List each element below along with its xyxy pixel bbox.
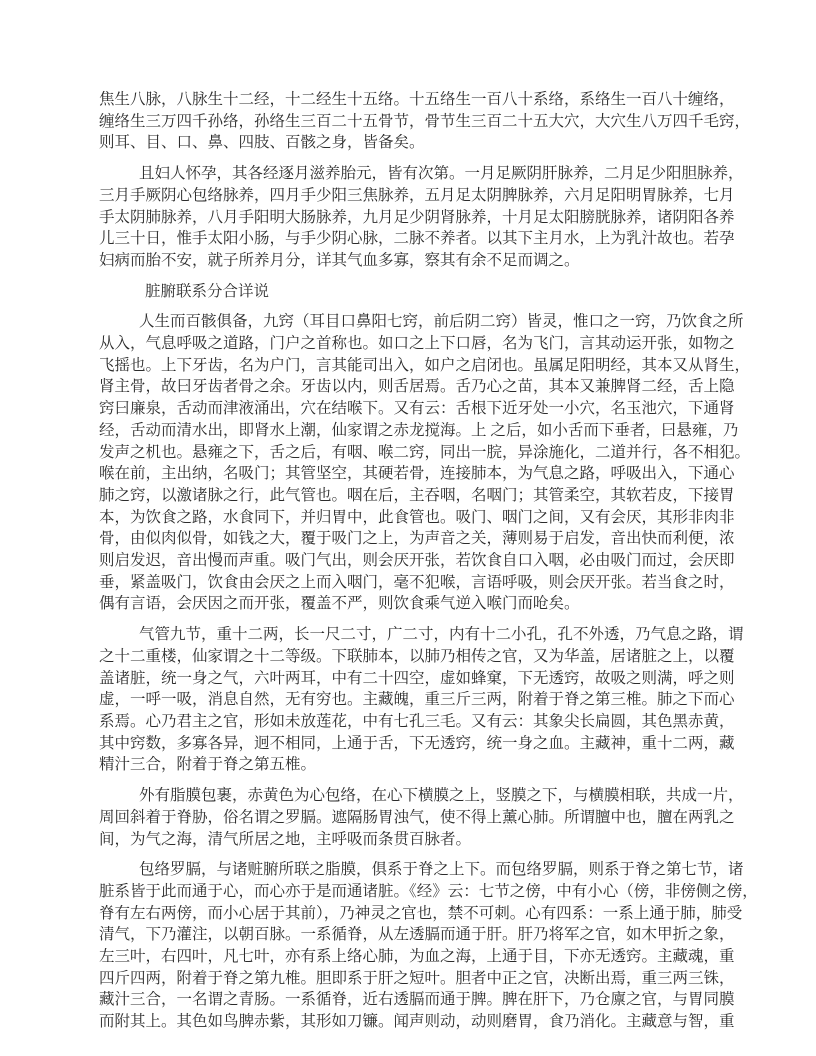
paragraph-trachea-lung-heart: 气管九节，重十二两，长一尺二寸，广二寸，内有十二小孔，孔不外透，乃气息之路，谓 …: [99, 624, 720, 776]
text-line: 喉在前，主出纳，名吸门；其管坚空，其硬若骨，连接肺本，为气息之路，呼吸出入，下通…: [99, 463, 720, 485]
text-line: 清气，下乃灌注，以朝百脉。一系循脊，从左透膈而通于肝。肝乃将军之官，如木甲折之象…: [99, 924, 720, 946]
text-line: 气管九节，重十二两，长一尺二寸，广二寸，内有十二小孔，孔不外透，乃气息之路，谓: [99, 624, 720, 646]
text-line: 肾主骨，故曰牙齿者骨之余。牙齿以内，则舌居焉。舌乃心之苗，其本又兼脾肾二经，舌上…: [99, 376, 720, 398]
text-line: 系焉。心乃君主之官，形如未放莲花，中有七孔三毛。又有云：其象尖长扁圆，其色黑赤黄…: [99, 711, 720, 733]
text-line: 外有脂膜包裹，赤黄色为心包络，在心下横膜之上，竖膜之下，与横膜相联，共成一片，: [99, 785, 720, 807]
text-line: 手太阴肺脉养，八月手阳明大肠脉养，九月足少阴肾脉养，十月足太阳膀胱脉养，诸阴阳各…: [99, 207, 720, 229]
text-line: 肺之窍，以激诸脉之行，此气管也。咽在后，主吞咽，名咽门；其管柔空，其软若皮，下接…: [99, 485, 720, 507]
text-line: 脏系皆于此而通于心，而心亦于是而通诸脏。《经》云：七节之傍，中有小心（傍，非傍侧…: [99, 881, 720, 903]
text-line: 缠络生三万四千孙络，孙络生三百二十五骨节，骨节生三百二十五大穴，大穴生八万四千毛…: [99, 111, 720, 133]
text-line: 窍曰廉泉，舌动而津液涌出，穴在结喉下。又有云：舌根下近牙处一小穴，名玉池穴，下通…: [99, 398, 720, 420]
text-line: 其中窍数，多寡各异，迥不相同，上通于舌，下无透窍，统一身之血。主藏神，重十二两，…: [99, 733, 720, 755]
text-line: 左三叶，右四叶，凡七叶，亦有系上络心肺，为血之海，上通于目，下亦无透窍。主藏魂，…: [99, 946, 720, 968]
text-line: 人生而百骸俱备，九窍（耳目口鼻阳七窍，前后阴二窍）皆灵，惟口之一窍，乃饮食之所: [99, 311, 720, 333]
text-line: 包络罗膈，与诸赃腑所联之脂膜，俱系于脊之上下。而包络罗膈，则系于脊之第七节，诸: [99, 859, 720, 881]
text-line: 盖诸脏，统一身之气，六叶两耳，中有二十四空，虚如蜂窠，下无透窍，故吸之则满，呼之…: [99, 668, 720, 690]
text-line: 藏汁三合，一名谓之青肠。一系循脊，近右透膈而通于脾。脾在肝下，乃仓廪之官，与胃同…: [99, 989, 720, 1011]
text-line: 偶有言语，会厌因之而开张，覆盖不严，则饮食乘气逆入喉门而呛矣。: [99, 593, 720, 615]
text-line: 骨，由似肉似骨，如钱之大，覆于吸门之上，为声音之关，薄则易于启发，音出快而利便，…: [99, 528, 720, 550]
text-line: 垂，紧盖吸门，饮食由会厌之上而入咽门，毫不犯喉，言语呼吸，则会厌开张。若当食之时…: [99, 572, 720, 594]
text-line: 发声之机也。悬雍之下，舌之后，有咽、喉二窍，同出一脘，异涂施化，二道并行，各不相…: [99, 442, 720, 464]
text-line: 周回斜着于脊胁，俗名谓之罗膈。遮隔肠胃浊气，使不得上薰心肺。所谓膻中也，膻在两乳…: [99, 807, 720, 829]
text-line: 之十二重楼，仙家谓之十二等级。下联肺本，以肺乃相传之官，又为华盖，居诸脏之上，以…: [99, 646, 720, 668]
section-heading: 脏腑联系分合详说: [145, 281, 720, 303]
paragraph-heart-connections: 包络罗膈，与诸赃腑所联之脂膜，俱系于脊之上下。而包络罗膈，则系于脊之第七节，诸 …: [99, 859, 720, 1033]
text-line: 焦生八脉，八脉生十二经，十二经生十五络。十五络生一百八十系络，系络生一百八十缠络…: [99, 89, 720, 111]
paragraph-continuation: 焦生八脉，八脉生十二经，十二经生十五络。十五络生一百八十系络，系络生一百八十缠络…: [99, 89, 720, 154]
text-line: 经，舌动而清水出，即肾水上潮，仙家谓之赤龙搅海。上 之后，如小舌而下垂者，曰悬雍…: [99, 420, 720, 442]
text-line: 四斤四两，附着于脊之第九椎。胆即系于肝之短叶。胆者中正之官，决断出焉，重三两三铢…: [99, 968, 720, 990]
text-line: 则启发迟，音出慢而声重。吸门气出，则会厌开张，若饮食自口入咽，必由吸门而过，会厌…: [99, 550, 720, 572]
text-line: 则耳、目、口、鼻、四肢、百骸之身，皆备矣。: [99, 132, 720, 154]
text-line: 间，为气之海，清气所居之地，主呼吸而条贯百脉者。: [99, 829, 720, 851]
paragraph-pregnancy-months: 且妇人怀孕，其各经逐月滋养胎元，皆有次第。一月足厥阴肝脉养，二月足少阳胆脉养， …: [99, 163, 720, 272]
paragraph-mouth-throat: 人生而百骸俱备，九窍（耳目口鼻阳七窍，前后阴二窍）皆灵，惟口之一窍，乃饮食之所 …: [99, 311, 720, 615]
text-line: 脊有左右两傍，而小心居于其前），乃神灵之官也，禁不可刺。心有四系：一系上通于肺，…: [99, 903, 720, 925]
text-line: 飞摇也。上下牙齿，名为户门，言其能司出入，如户之启闭也。虽属足阳明经，其本又从肾…: [99, 355, 720, 377]
text-line: 儿三十日，惟手太阳小肠，与手少阴心脉，二脉不养者。以其下主月水，上为乳汁故也。若…: [99, 228, 720, 250]
text-line: 三月手厥阴心包络脉养，四月手少阳三焦脉养，五月足太阴脾脉养，六月足阳明胃脉养，七…: [99, 185, 720, 207]
text-line: 精汁三合，附着于脊之第五椎。: [99, 754, 720, 776]
text-line: 且妇人怀孕，其各经逐月滋养胎元，皆有次第。一月足厥阴肝脉养，二月足少阳胆脉养，: [99, 163, 720, 185]
text-line: 本，为饮食之路，水食同下，并归胃中，此食管也。吸门、咽门之间，又有会厌，其形非肉…: [99, 507, 720, 529]
document-page: 焦生八脉，八脉生十二经，十二经生十五络。十五络生一百八十系络，系络生一百八十缠络…: [0, 0, 816, 1056]
text-line: 虚，一呼一吸，消息自然，无有穷也。主藏魄，重三斤三两，附着于脊之第三椎。肺之下而…: [99, 689, 720, 711]
paragraph-pericardium: 外有脂膜包裹，赤黄色为心包络，在心下横膜之上，竖膜之下，与横膜相联，共成一片， …: [99, 785, 720, 850]
text-line: 从入，气息呼吸之道路，门户之首称也。如口之上下口唇，名为飞门，言其动运开张，如物…: [99, 333, 720, 355]
text-line: 妇病而胎不安，就子所养月分，详其气血多寡，察其有余不足而调之。: [99, 250, 720, 272]
text-line: 而附其上。其色如鸟脾赤紫，其形如刀镰。闻声则动，动则磨胃，食乃消化。主藏意与智，…: [99, 1011, 720, 1033]
